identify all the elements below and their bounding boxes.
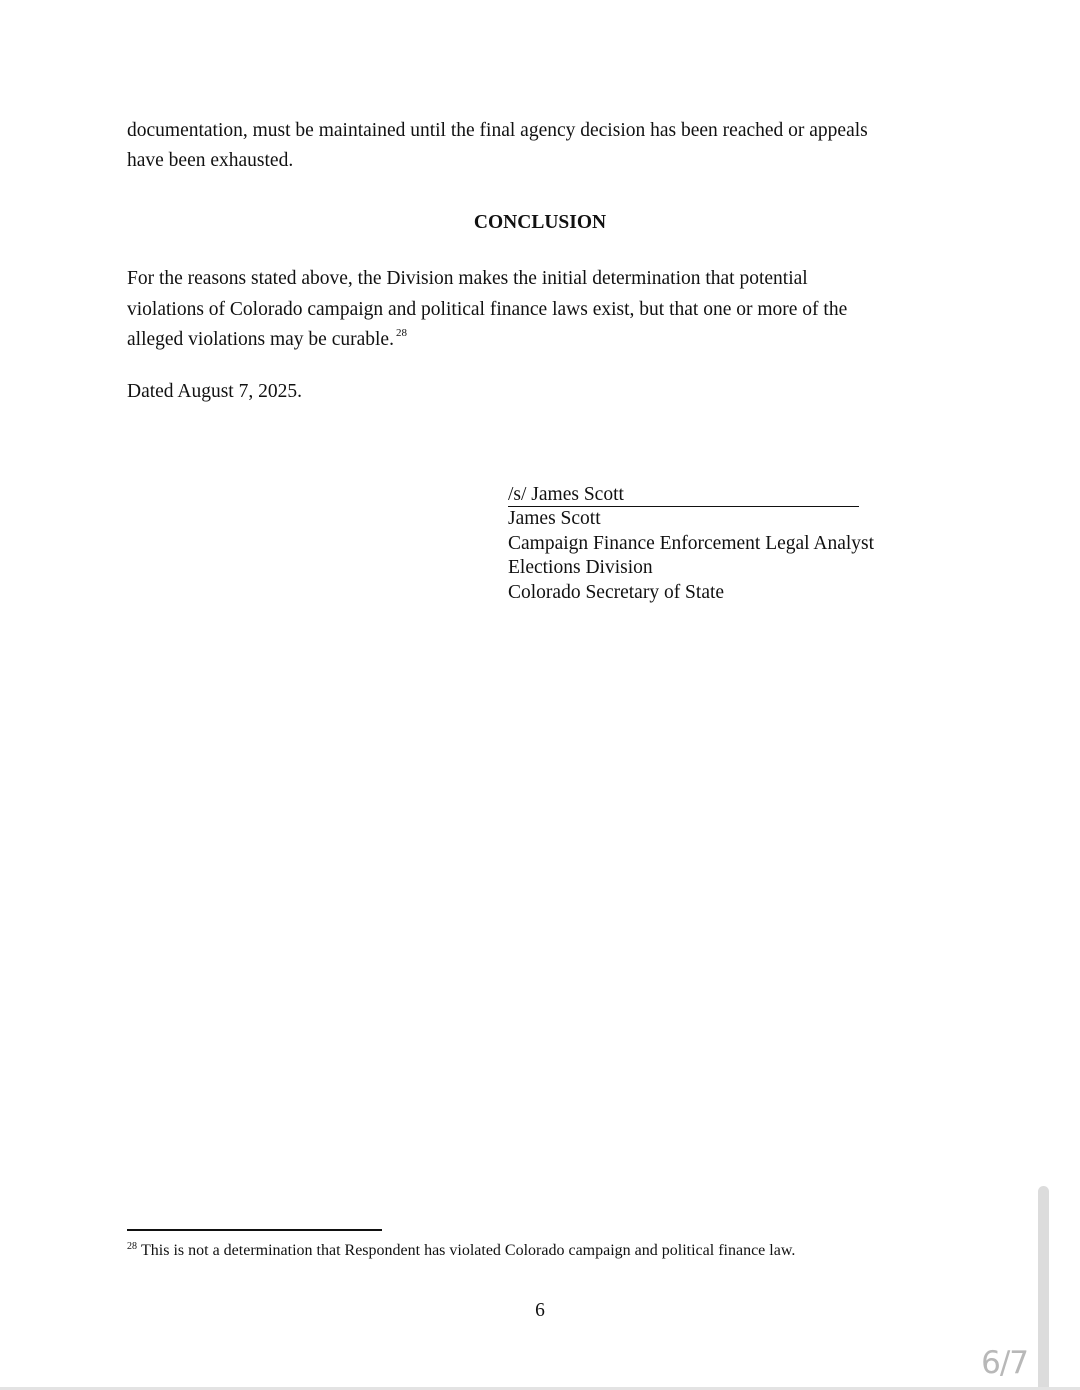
footnote-separator: [127, 1229, 382, 1231]
signature-line: /s/ James Scott: [508, 482, 859, 507]
signer-division: Elections Division: [508, 556, 874, 581]
conclusion-line-2: violations of Colorado campaign and poli…: [127, 295, 847, 325]
signer-title: Campaign Finance Enforcement Legal Analy…: [508, 532, 874, 557]
conclusion-line-1: For the reasons stated above, the Divisi…: [127, 264, 808, 294]
footnote-text: This is not a determination that Respond…: [141, 1242, 795, 1259]
conclusion-line-3-text: alleged violations may be curable.: [127, 329, 394, 350]
intro-line-2: have been exhausted.: [127, 146, 293, 176]
document-page: documentation, must be maintained until …: [0, 0, 1080, 1387]
vertical-scrollbar[interactable]: [1036, 1186, 1050, 1387]
signer-office: Colorado Secretary of State: [508, 581, 874, 606]
intro-line-1: documentation, must be maintained until …: [127, 116, 868, 146]
page-indicator: 6/7: [981, 1345, 1028, 1381]
footnote: 28This is not a determination that Respo…: [127, 1240, 795, 1264]
dated-line: Dated August 7, 2025.: [127, 377, 302, 407]
footnote-reference[interactable]: 28: [396, 327, 407, 339]
footnote-number: 28: [127, 1241, 137, 1252]
conclusion-line-3: alleged violations may be curable.28: [127, 325, 407, 357]
section-heading: CONCLUSION: [0, 209, 1080, 237]
scrollbar-thumb[interactable]: [1038, 1186, 1049, 1387]
page-number: 6: [0, 1300, 1080, 1322]
signature-block: /s/ James Scott James Scott Campaign Fin…: [508, 482, 874, 605]
signer-name: James Scott: [508, 507, 874, 532]
